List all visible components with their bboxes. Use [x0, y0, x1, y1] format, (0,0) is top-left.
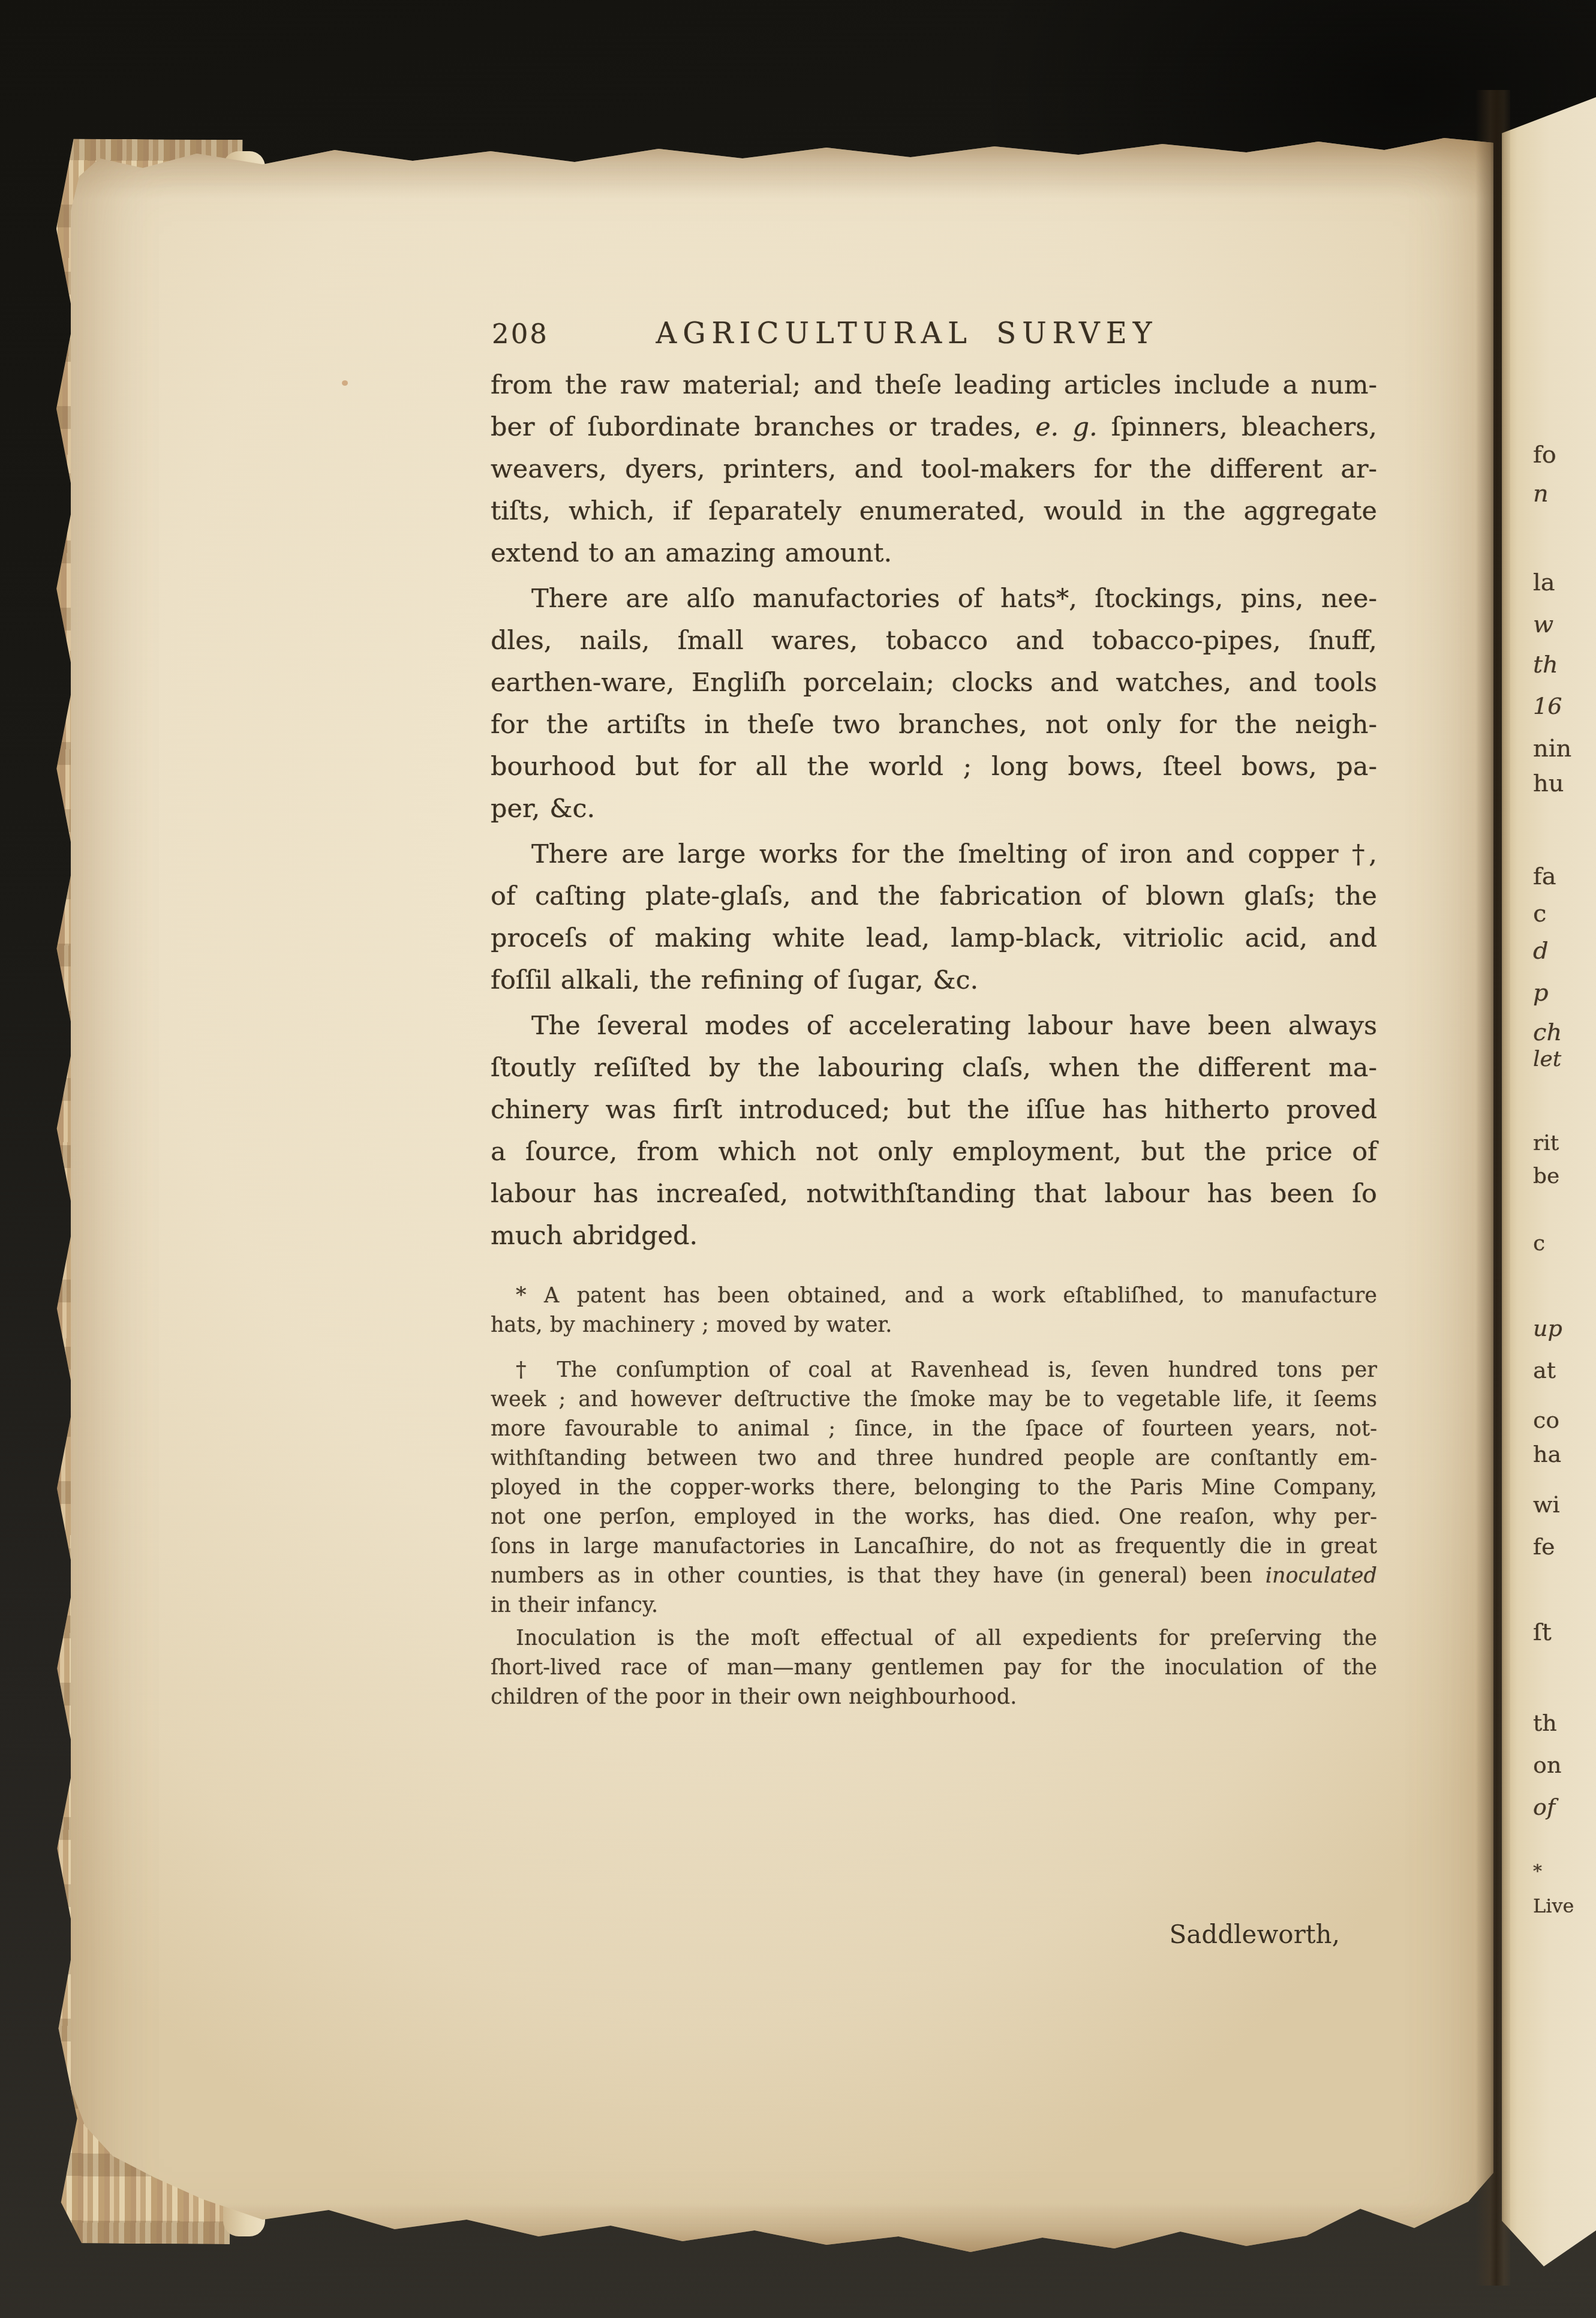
text-line: There are alſo manufactories of hats*, ſ… [491, 578, 1377, 620]
facing-text-fragment: n [1533, 480, 1549, 508]
text-line: much abridged. [491, 1215, 1377, 1257]
text-line: week ; and however deſtructive the ſmoke… [491, 1385, 1377, 1415]
book-photo: 208 AGRICULTURAL SURVEY from the raw mat… [0, 0, 1596, 2318]
text-line: ber of ſubordinate branches or trades, e… [491, 406, 1377, 448]
footnotes: * A patent has been obtained, and a work… [491, 1281, 1377, 1712]
text-run: foſſil alkali, the refining of ſugar, &c… [491, 965, 978, 995]
text-run: earthen-ware, Engliſh porcelain; clocks … [491, 668, 1377, 698]
paragraph-manufactories: There are alſo manufactories of hats*, ſ… [491, 578, 1377, 830]
text-line: ſons in large manufactories in Lancaſhir… [491, 1532, 1377, 1562]
text-line: ſtoutly reſiſted by the labouring claſs,… [491, 1047, 1377, 1089]
facing-text-fragment: p [1533, 979, 1549, 1007]
text-run: not one perſon, employed in the works, h… [491, 1505, 1377, 1529]
text-run: children of the poor in their own neighb… [491, 1685, 1017, 1709]
facing-text-fragment: let [1533, 1047, 1561, 1071]
text-line: per, &c. [491, 788, 1377, 830]
text-run: for the artiſts in theſe two branches, n… [491, 710, 1377, 740]
catchword: Saddleworth, [491, 1920, 1377, 1949]
facing-text-fragment: fa [1533, 863, 1556, 890]
text-run: tiſts, which, if ſeparately enumerated, … [491, 496, 1377, 526]
text-line: earthen-ware, Engliſh porcelain; clocks … [491, 662, 1377, 704]
facing-text-fragment: th [1533, 651, 1558, 678]
text-run: dles, nails, ſmall wares, tobacco and to… [491, 626, 1377, 656]
text-line: from the raw material; and theſe leading… [491, 364, 1377, 406]
facing-text-fragment: at [1533, 1357, 1556, 1383]
text-run: chinery was firſt introduced; but the iſ… [491, 1095, 1377, 1125]
text-run: There are alſo manufactories of hats*, ſ… [531, 584, 1377, 614]
text-run: week ; and however deſtructive the ſmoke… [491, 1388, 1377, 1412]
text-run: bourhood but for all the world ; long bo… [491, 752, 1377, 782]
text-run: a ſource, from which not only employment… [491, 1137, 1377, 1167]
facing-text-fragment: Live [1533, 1894, 1574, 1917]
facing-text-fragment: d [1533, 937, 1549, 965]
text-line: bourhood but for all the world ; long bo… [491, 746, 1377, 788]
facing-text-fragment: rit [1533, 1131, 1559, 1155]
text-line: ployed in the copper-works there, belong… [491, 1473, 1377, 1503]
facing-text-fragment: wi [1533, 1491, 1560, 1518]
text-run: of caſting plate-glaſs, and the fabricat… [491, 881, 1377, 911]
text-line: extend to an amazing amount. [491, 532, 1377, 574]
text-run: weavers, dyers, printers, and tool-maker… [491, 454, 1377, 484]
facing-text-fragment: la [1533, 569, 1555, 596]
text-run: ber of ſubordinate branches or trades, [491, 412, 1035, 442]
facing-text-fragment: of [1533, 1794, 1555, 1820]
text-line: labour has increaſed, notwithſtanding th… [491, 1173, 1377, 1215]
text-run: * A patent has been obtained, and a work… [516, 1284, 1377, 1308]
facing-text-fragment: co [1533, 1407, 1559, 1433]
text-run: † The conſumption of coal at Ravenhead i… [516, 1358, 1377, 1382]
facing-text-fragment: nin [1533, 735, 1571, 762]
text-line: * A patent has been obtained, and a work… [491, 1281, 1377, 1311]
facing-text-fragment: fo [1533, 441, 1556, 469]
text-run: ſtoutly reſiſted by the labouring claſs,… [491, 1053, 1377, 1083]
text-line: withſtanding between two and three hundr… [491, 1444, 1377, 1473]
text-run: per, &c. [491, 794, 595, 824]
text-line: children of the poor in their own neighb… [491, 1683, 1377, 1712]
text-run: labour has increaſed, notwithſtanding th… [491, 1179, 1377, 1209]
text-line: ſhort-lived race of man—many gentlemen p… [491, 1653, 1377, 1683]
facing-text-fragment: up [1533, 1315, 1562, 1341]
footnote-hats-patent: * A patent has been obtained, and a work… [491, 1281, 1377, 1340]
text-line: chinery was firſt introduced; but the iſ… [491, 1089, 1377, 1131]
text-line: † The conſumption of coal at Ravenhead i… [491, 1356, 1377, 1385]
facing-text-fragment: on [1533, 1752, 1561, 1778]
text-run: withſtanding between two and three hundr… [491, 1446, 1377, 1470]
text-line: hats, by machinery ; moved by water. [491, 1311, 1377, 1340]
text-run: ſpinners, bleachers, [1098, 412, 1377, 442]
facing-text-fragment: th [1533, 1710, 1557, 1736]
text-line: The ſeveral modes of accelerating labour… [491, 1005, 1377, 1047]
body-text: from the raw material; and theſe leading… [491, 364, 1377, 1257]
text-line: for the artiſts in theſe two branches, n… [491, 704, 1377, 746]
text-run: extend to an amazing amount. [491, 538, 892, 568]
text-line: There are large works for the ſmelting o… [491, 833, 1377, 875]
text-line: tiſts, which, if ſeparately enumerated, … [491, 490, 1377, 532]
text-line: in their infancy. [491, 1591, 1377, 1620]
italic-text: inoculated [1266, 1564, 1377, 1588]
text-line: dles, nails, ſmall wares, tobacco and to… [491, 620, 1377, 662]
gutter-shadow [1475, 90, 1510, 2286]
text-line: foſſil alkali, the refining of ſugar, &c… [491, 959, 1377, 1001]
page-content: 208 AGRICULTURAL SURVEY from the raw mat… [491, 0, 1377, 2318]
text-line: of caſting plate-glaſs, and the fabricat… [491, 875, 1377, 917]
text-run: more favourable to animal ; ſince, in th… [491, 1417, 1377, 1441]
facing-text-fragment: 16 [1533, 693, 1562, 719]
facing-text-fragment: c [1533, 1231, 1545, 1256]
facing-text-fragment: ch [1533, 1019, 1562, 1046]
text-run: The ſeveral modes of accelerating labour… [531, 1011, 1377, 1041]
running-title: AGRICULTURAL SURVEY [464, 317, 1350, 350]
facing-text-fragment: ſt [1533, 1619, 1552, 1646]
text-run: There are large works for the ſmelting o… [531, 839, 1377, 869]
page-header: 208 AGRICULTURAL SURVEY [491, 317, 1377, 348]
text-run: ſhort-lived race of man—many gentlemen p… [491, 1656, 1377, 1680]
footnote-ravenhead-coal: † The conſumption of coal at Ravenhead i… [491, 1356, 1377, 1620]
facing-text-fragment: * [1533, 1861, 1542, 1882]
text-line: not one perſon, employed in the works, h… [491, 1503, 1377, 1532]
facing-text-fragment: fe [1533, 1533, 1555, 1560]
facing-text-fragment: w [1533, 611, 1553, 638]
text-run: Inoculation is the moſt effectual of all… [516, 1626, 1377, 1650]
paragraph-trades: from the raw material; and theſe leading… [491, 364, 1377, 574]
footnote-inoculation: Inoculation is the moſt effectual of all… [491, 1624, 1377, 1712]
text-run: ſons in large manufactories in Lancaſhir… [491, 1535, 1377, 1559]
facing-text-fragment: c [1533, 900, 1546, 927]
text-run: much abridged. [491, 1221, 698, 1251]
facing-text-fragment: ha [1533, 1441, 1561, 1467]
text-line: proceſs of making white lead, lamp-black… [491, 917, 1377, 959]
text-line: weavers, dyers, printers, and tool-maker… [491, 448, 1377, 490]
facing-text-fragment: hu [1533, 770, 1564, 797]
italic-text: e. g. [1035, 412, 1097, 442]
text-run: in their infancy. [491, 1593, 658, 1617]
text-run: numbers as in other counties, is that th… [491, 1564, 1266, 1588]
text-line: more favourable to animal ; ſince, in th… [491, 1415, 1377, 1444]
text-run: from the raw material; and theſe leading… [491, 370, 1377, 400]
text-line: numbers as in other counties, is that th… [491, 1562, 1377, 1591]
text-run: hats, by machinery ; moved by water. [491, 1313, 892, 1337]
paragraph-large-works: There are large works for the ſmelting o… [491, 833, 1377, 1001]
facing-page: fonlawth16ninhufacdpchletritbecupatcohaw… [1502, 95, 1596, 2278]
foxing-stain [342, 380, 348, 386]
text-line: a ſource, from which not only employment… [491, 1131, 1377, 1173]
paragraph-labour: The ſeveral modes of accelerating labour… [491, 1005, 1377, 1257]
facing-text-fragment: be [1533, 1164, 1559, 1188]
text-run: proceſs of making white lead, lamp-black… [491, 923, 1377, 953]
text-run: ployed in the copper-works there, belong… [491, 1476, 1377, 1500]
text-line: Inoculation is the moſt effectual of all… [491, 1624, 1377, 1653]
